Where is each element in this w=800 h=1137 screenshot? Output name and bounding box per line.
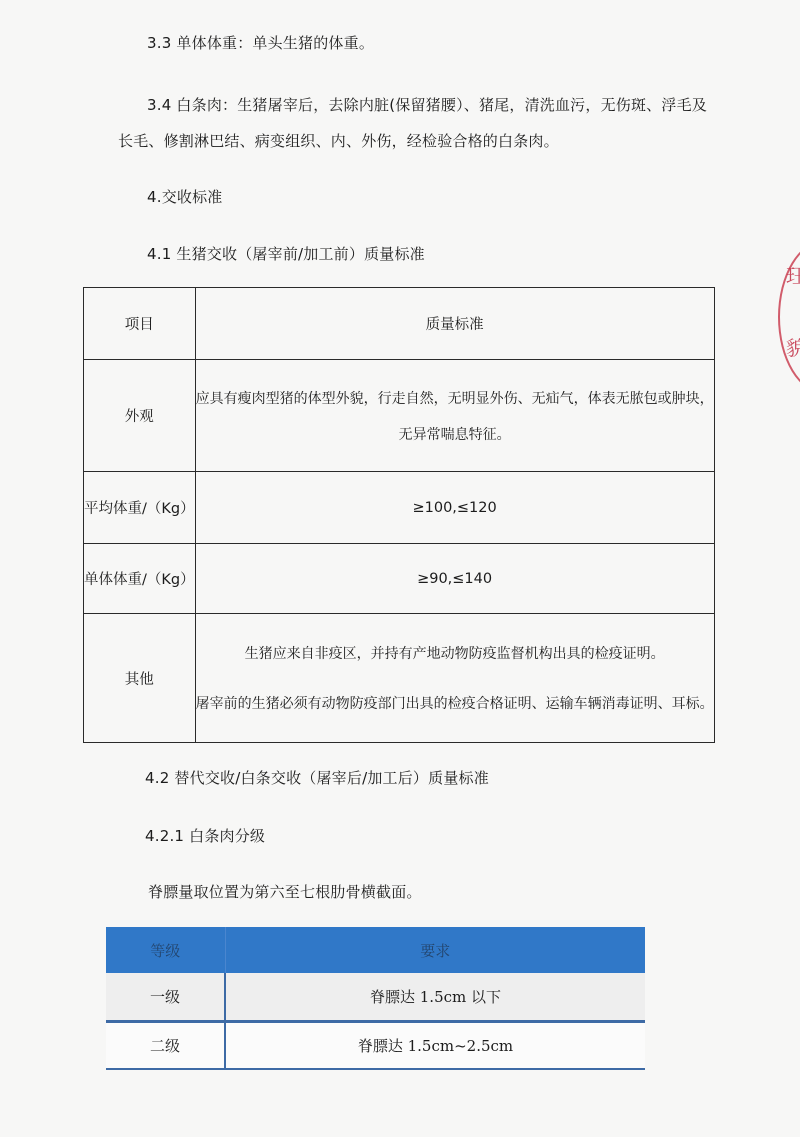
section-4-2-1-heading: 4.2.1 白条肉分级: [145, 826, 265, 846]
table-row: 其他 生猪应来自非疫区，并持有产地动物防疫监督机构出具的检疫证明。 屠宰前的生猪…: [84, 614, 715, 743]
table-row: 一级 脊膘达 1.5cm 以下: [106, 973, 645, 1022]
row-standard: ≥90,≤140: [195, 544, 714, 614]
clause-3-3: 3.3 单体体重：单头生猪的体重。: [147, 33, 374, 53]
clause-3-4-line1: 3.4 白条肉：生猪屠宰后，去除内脏(保留猪腰）、猪尾，清洗血污，无伤斑、浮毛及: [147, 95, 707, 115]
grade-table: 等级 要求 一级 脊膘达 1.5cm 以下 二级 脊膘达 1.5cm~2.5cm: [106, 927, 645, 1070]
clause-3-4-line2: 长毛、修割淋巴结、病变组织、内、外伤，经检验合格的白条肉。: [118, 131, 559, 151]
header-requirement: 要求: [225, 927, 645, 973]
section-4-2-heading: 4.2 替代交收/白条交收（屠宰后/加工后）质量标准: [145, 768, 489, 788]
row-standard: ≥100,≤120: [195, 472, 714, 544]
stamp-char: 貌: [786, 332, 800, 361]
table-row: 平均体重/（Kg） ≥100,≤120: [84, 472, 715, 544]
row-standard: 生猪应来自非疫区，并持有产地动物防疫监督机构出具的检疫证明。 屠宰前的生猪必须有…: [195, 614, 714, 743]
requirement-cell: 脊膘达 1.5cm~2.5cm: [225, 1022, 645, 1070]
row-item: 外观: [84, 360, 196, 472]
grade-cell: 一级: [106, 973, 225, 1022]
section-4-1-heading: 4.1 生猪交收（屠宰前/加工前）质量标准: [147, 244, 425, 264]
header-grade: 等级: [106, 927, 225, 973]
row-item: 平均体重/（Kg）: [84, 472, 196, 544]
grade-cell: 二级: [106, 1022, 225, 1070]
section-4-heading: 4.交收标准: [147, 187, 223, 207]
row-item: 单体体重/（Kg）: [84, 544, 196, 614]
requirement-cell: 脊膘达 1.5cm 以下: [225, 973, 645, 1022]
standard-line: 生猪应来自非疫区，并持有产地动物防疫监督机构出具的检疫证明。: [196, 643, 714, 663]
table-row: 单体体重/（Kg） ≥90,≤140: [84, 544, 715, 614]
row-item: 其他: [84, 614, 196, 743]
table-row: 二级 脊膘达 1.5cm~2.5cm: [106, 1022, 645, 1070]
standard-line: 应具有瘦肉型猪的体型外貌，行走自然，无明显外伤、无疝气，体表无脓包或肿块，: [196, 388, 714, 408]
backfat-note: 脊膘量取位置为第六至七根肋骨横截面。: [148, 882, 422, 902]
stamp-char: 玨: [786, 260, 800, 289]
header-standard: 质量标准: [195, 288, 714, 360]
header-item: 项目: [84, 288, 196, 360]
grade-table-header: 等级 要求: [106, 927, 645, 973]
red-seal-stamp: 玨 貌: [778, 240, 800, 394]
table-header-row: 项目 质量标准: [84, 288, 715, 360]
standard-line: 屠宰前的生猪必须有动物防疫部门出具的检疫合格证明、运输车辆消毒证明、耳标。: [196, 693, 714, 713]
standard-line: 无异常喘息特征。: [196, 424, 714, 444]
pig-quality-table: 项目 质量标准 外观 应具有瘦肉型猪的体型外貌，行走自然，无明显外伤、无疝气，体…: [83, 287, 715, 743]
row-standard: 应具有瘦肉型猪的体型外貌，行走自然，无明显外伤、无疝气，体表无脓包或肿块， 无异…: [195, 360, 714, 472]
table-row: 外观 应具有瘦肉型猪的体型外貌，行走自然，无明显外伤、无疝气，体表无脓包或肿块，…: [84, 360, 715, 472]
